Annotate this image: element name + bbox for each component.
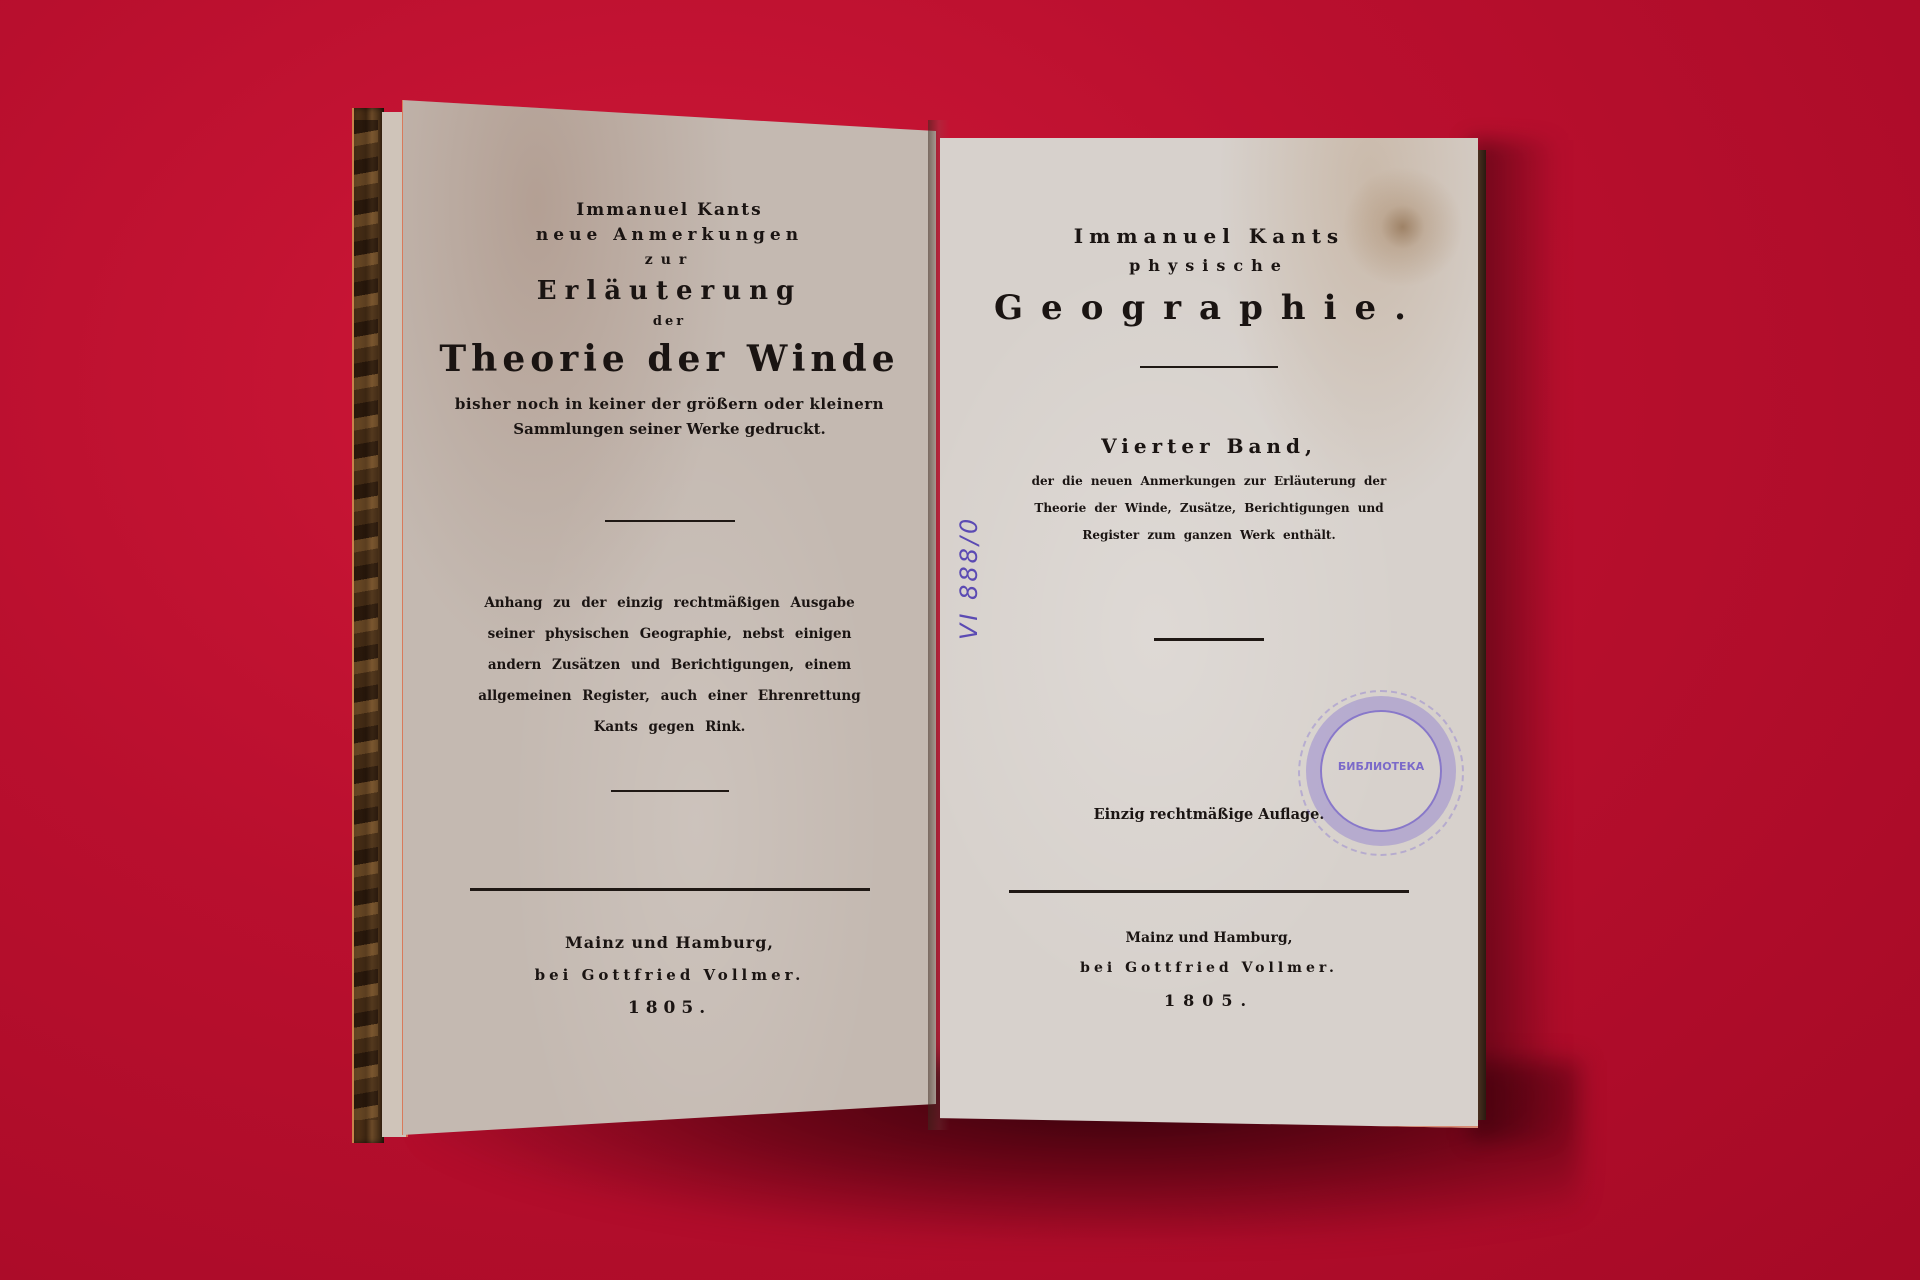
right-imprint-publisher: bei Gottfried Vollmer. [1080, 960, 1338, 976]
right-edition: Einzig rechtmäßige Auflage. [1094, 806, 1325, 823]
left-appendix-text: Anhang zu der einzig rechtmäßigen Ausgab… [475, 588, 865, 743]
right-contents-text: der die neuen Anmerkungen zur Erläuterun… [1009, 468, 1409, 549]
rule-divider [1140, 366, 1278, 368]
shelfmark-inscription: VI 888/0 [955, 516, 983, 640]
library-stamp-text: БИБЛИОТЕКА [1322, 760, 1440, 773]
left-subtitle-4: der [653, 314, 686, 329]
left-note-2: Sammlungen seiner Werke gedruckt. [513, 420, 825, 438]
book-cover-right-edge [1478, 150, 1486, 1120]
rule-divider [470, 888, 870, 891]
right-imprint-place: Mainz und Hamburg, [1125, 930, 1292, 946]
left-imprint-publisher: bei Gottfried Vollmer. [535, 966, 805, 984]
right-title: Geographie. [994, 288, 1424, 328]
left-imprint-place: Mainz und Hamburg, [565, 933, 774, 952]
left-subtitle-2: zur [645, 252, 695, 268]
rule-divider [1154, 638, 1264, 641]
right-author: Immanuel Kants [1074, 224, 1344, 248]
left-page: Immanuel Kants neue Anmerkungen zur Erlä… [402, 100, 936, 1135]
left-note-1: bisher noch in keiner der größern oder k… [455, 395, 884, 413]
left-subtitle-3: Erläuterung [537, 276, 802, 306]
library-stamp: БИБЛИОТЕКА [1320, 710, 1442, 832]
right-volume: Vierter Band, [1101, 434, 1317, 458]
marbled-endpaper [354, 120, 378, 1120]
rule-divider [605, 520, 735, 522]
left-subtitle-1: neue Anmerkungen [536, 225, 803, 245]
left-author: Immanuel Kants [576, 200, 762, 220]
rule-divider [1009, 890, 1409, 893]
right-subtitle: physische [1129, 256, 1289, 275]
rule-divider [611, 790, 729, 792]
left-main-title: Theorie der Winde [439, 338, 899, 380]
right-page: Immanuel Kants physische Geographie. Vie… [940, 138, 1478, 1128]
right-imprint-year: 1805. [1164, 991, 1254, 1010]
left-imprint-year: 1805. [628, 998, 711, 1018]
